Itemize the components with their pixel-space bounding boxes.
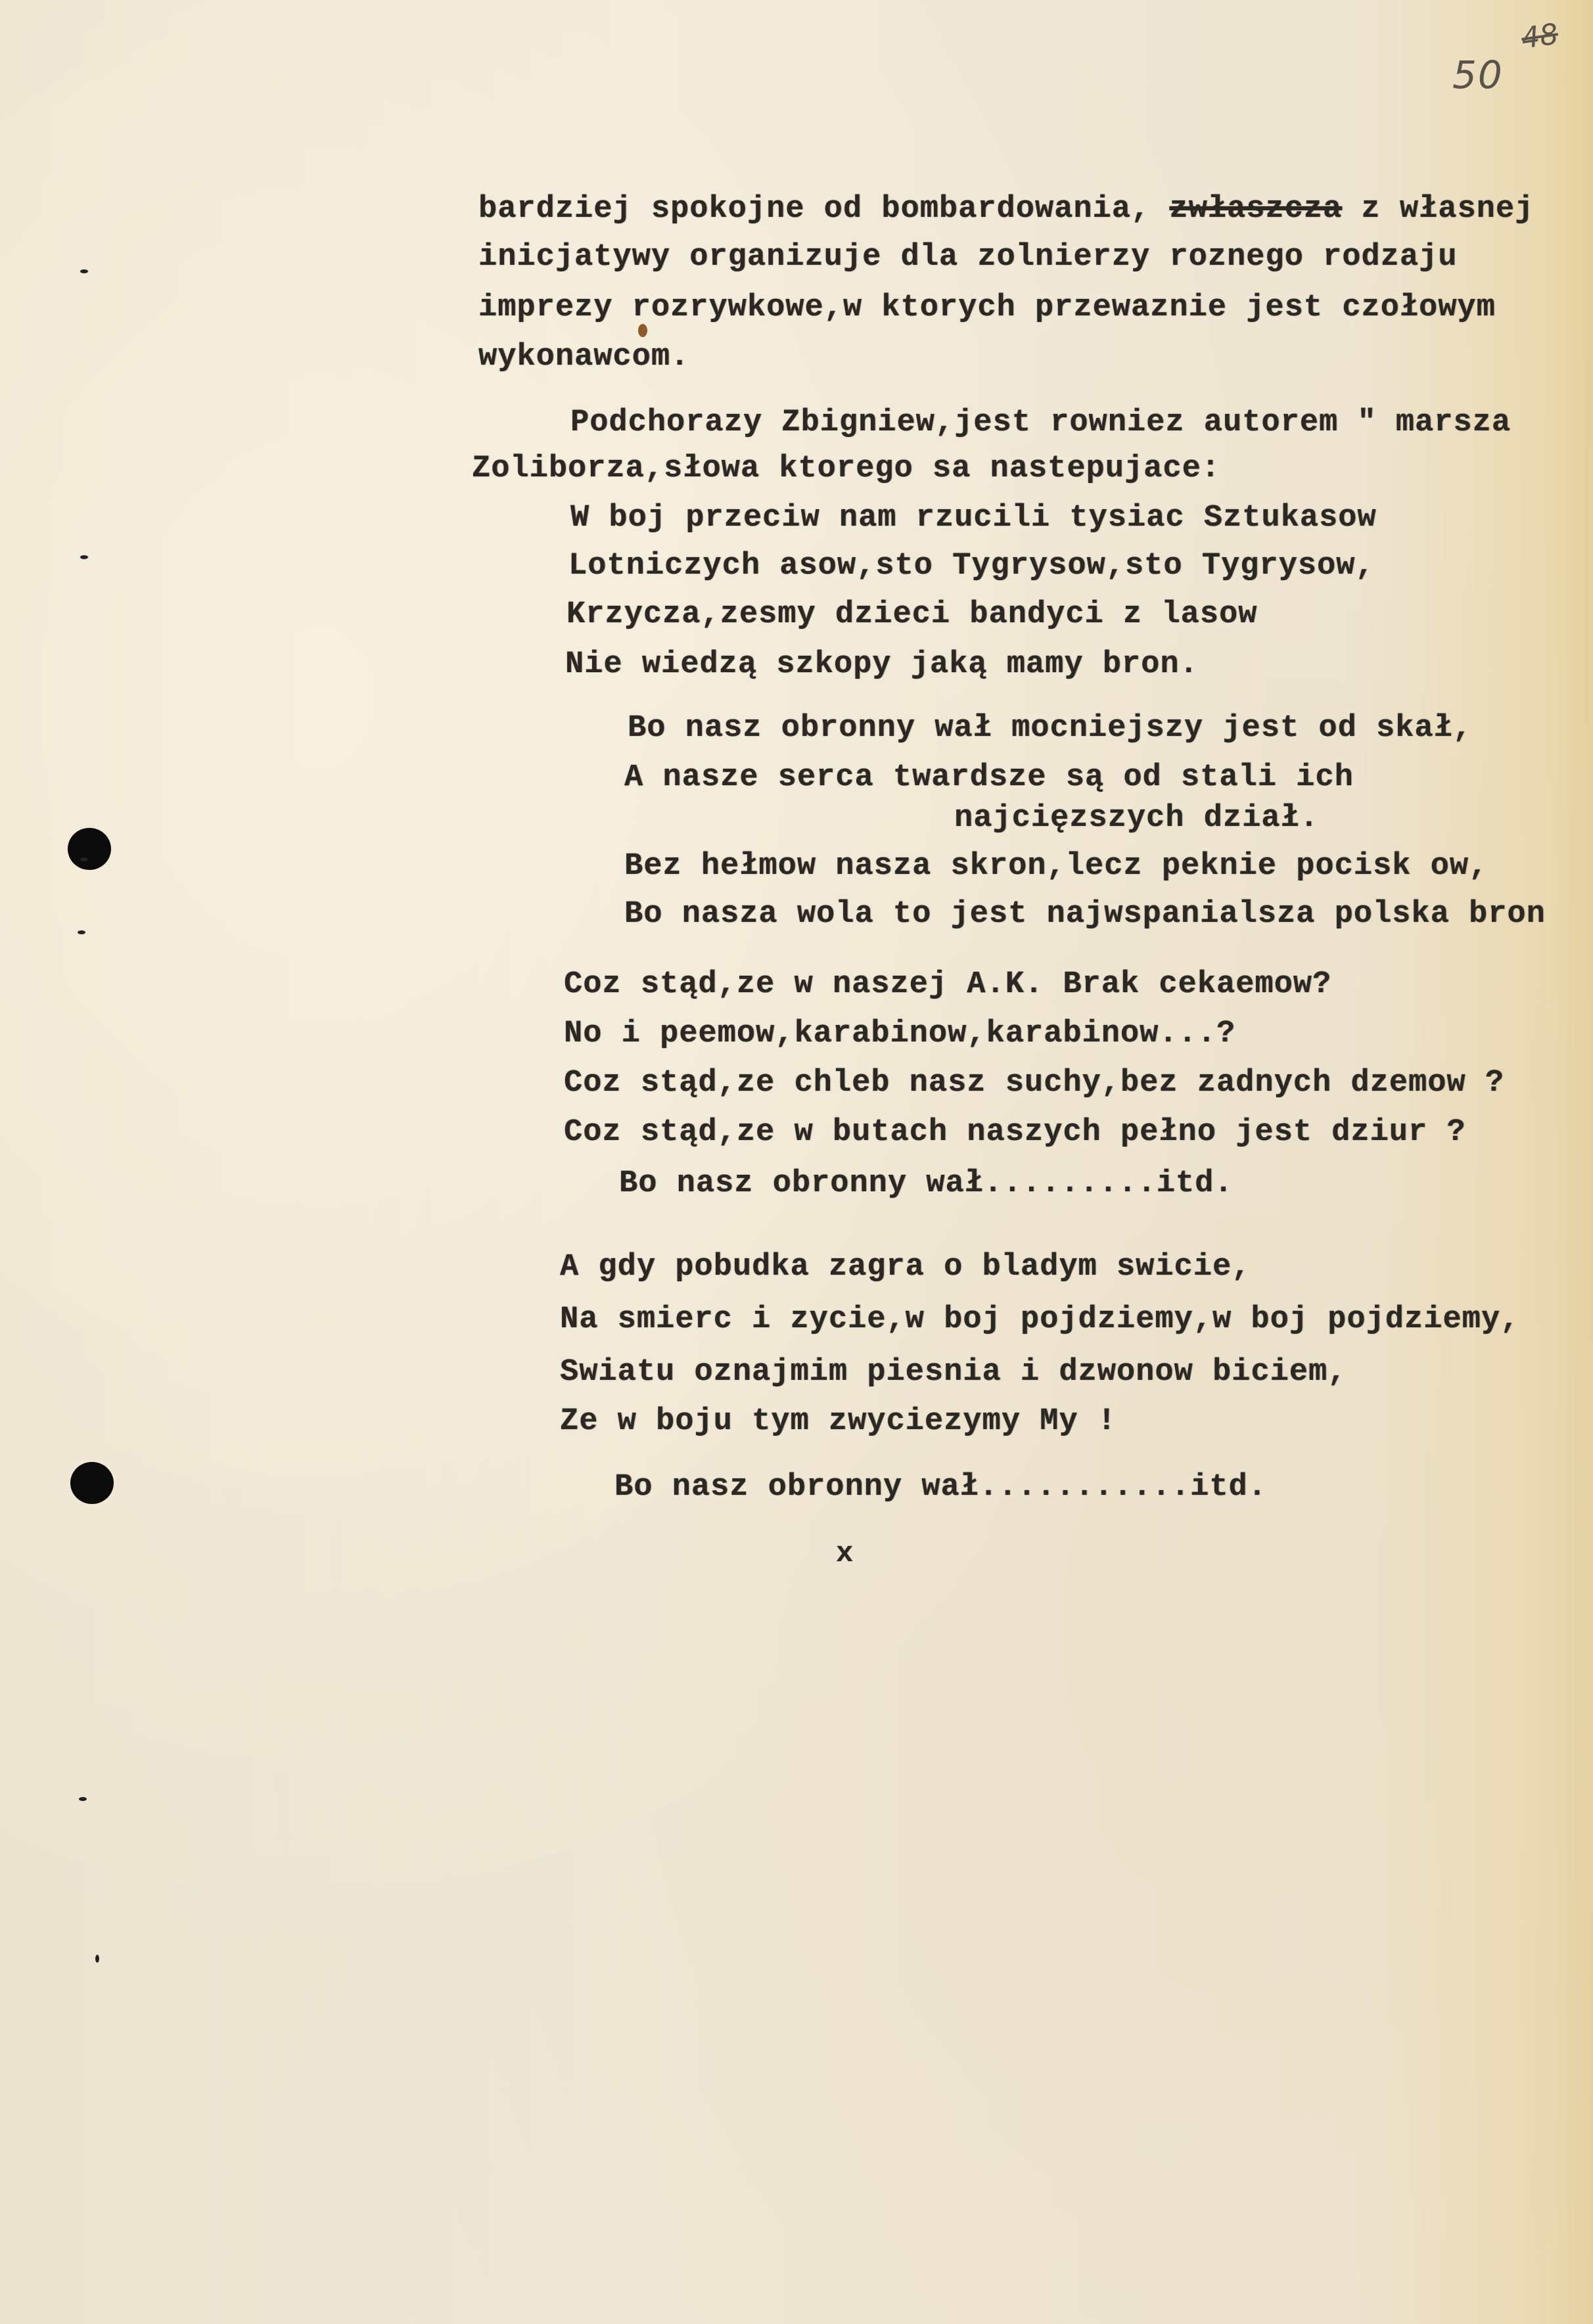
stanza-3-line: Ze w boju tym zwyciezymy My ! [560, 1406, 1117, 1437]
refrain-line: Bo nasz obronny wał mocniejszy jest od s… [628, 713, 1472, 744]
refrain-line: Bo nasza wola to jest najwspanialsza pol… [624, 899, 1546, 930]
stanza-1-line: Nie wiedzą szkopy jaką mamy bron. [565, 649, 1199, 680]
refrain-reference: Bo nasz obronny wał.........itd. [619, 1168, 1234, 1199]
text-segment: bardziej spokojne od bombardowania, [478, 192, 1169, 227]
document-page: 48 50 bardziej spokojne od bombardowania… [0, 0, 1593, 2324]
margin-tick-icon [95, 1955, 99, 1963]
refrain-line: A nasze serca twardsze są od stali ich [624, 762, 1354, 793]
stanza-2-line: Coz stąd,ze w naszej A.K. Brak cekaemow? [564, 969, 1331, 1000]
folio-number: 50 [1452, 53, 1504, 97]
stanza-2-line: No i peemow,karabinow,karabinow...? [564, 1018, 1235, 1049]
stanza-1-line: Lotniczych asow,sto Tygrysow,sto Tygryso… [568, 551, 1375, 581]
stanza-3-line: Na smierc i zycie,w boj pojdziemy,w boj … [560, 1304, 1519, 1335]
struck-word: zwłaszcza [1169, 192, 1342, 227]
refrain-line: najcięzszych dział. [954, 803, 1319, 834]
section-end-mark: x [836, 1538, 853, 1570]
margin-tick-icon [80, 857, 88, 861]
paragraph-1-line-1: bardziej spokojne od bombardowania, zwła… [478, 194, 1534, 225]
paragraph-1-line-3: imprezy rozrywkowe,w ktorych przewaznie … [478, 292, 1496, 323]
ink-spot-icon [638, 324, 647, 337]
margin-tick-icon [80, 555, 88, 559]
paragraph-1-line-2: inicjatywy organizuje dla zolnierzy rozn… [478, 242, 1457, 273]
folio-crossed-out: 48 [1519, 17, 1561, 55]
stanza-3-line: Swiatu oznajmim piesnia i dzwonow biciem… [560, 1357, 1347, 1388]
stanza-1-line: W boj przeciw nam rzucili tysiac Sztukas… [570, 503, 1377, 534]
stanza-2-line: Coz stąd,ze chleb nasz suchy,bez zadnych… [564, 1068, 1504, 1099]
margin-tick-icon [79, 1797, 87, 1801]
margin-tick-icon [80, 269, 88, 273]
stanza-1-line: Krzycza,zesmy dzieci bandyci z lasow [566, 599, 1257, 630]
refrain-line: Bez hełmow nasza skron,lecz peknie pocis… [624, 851, 1488, 882]
paragraph-2-line-2: Zoliborza,słowa ktorego sa nastepujace: [472, 453, 1220, 484]
paragraph-2-line-1: Podchorazy Zbigniew,jest rowniez autorem… [570, 407, 1511, 438]
margin-tick-icon [78, 930, 85, 934]
binder-hole-icon [70, 1462, 114, 1504]
text-segment: z własnej [1342, 192, 1534, 227]
refrain-reference: Bo nasz obronny wał...........itd. [614, 1472, 1267, 1503]
stanza-2-line: Coz stąd,ze w butach naszych pełno jest … [564, 1117, 1466, 1148]
binder-hole-icon [68, 828, 111, 870]
stanza-3-line: A gdy pobudka zagra o bladym swicie, [560, 1252, 1251, 1283]
paragraph-1-line-4: wykonawcom. [478, 342, 689, 373]
